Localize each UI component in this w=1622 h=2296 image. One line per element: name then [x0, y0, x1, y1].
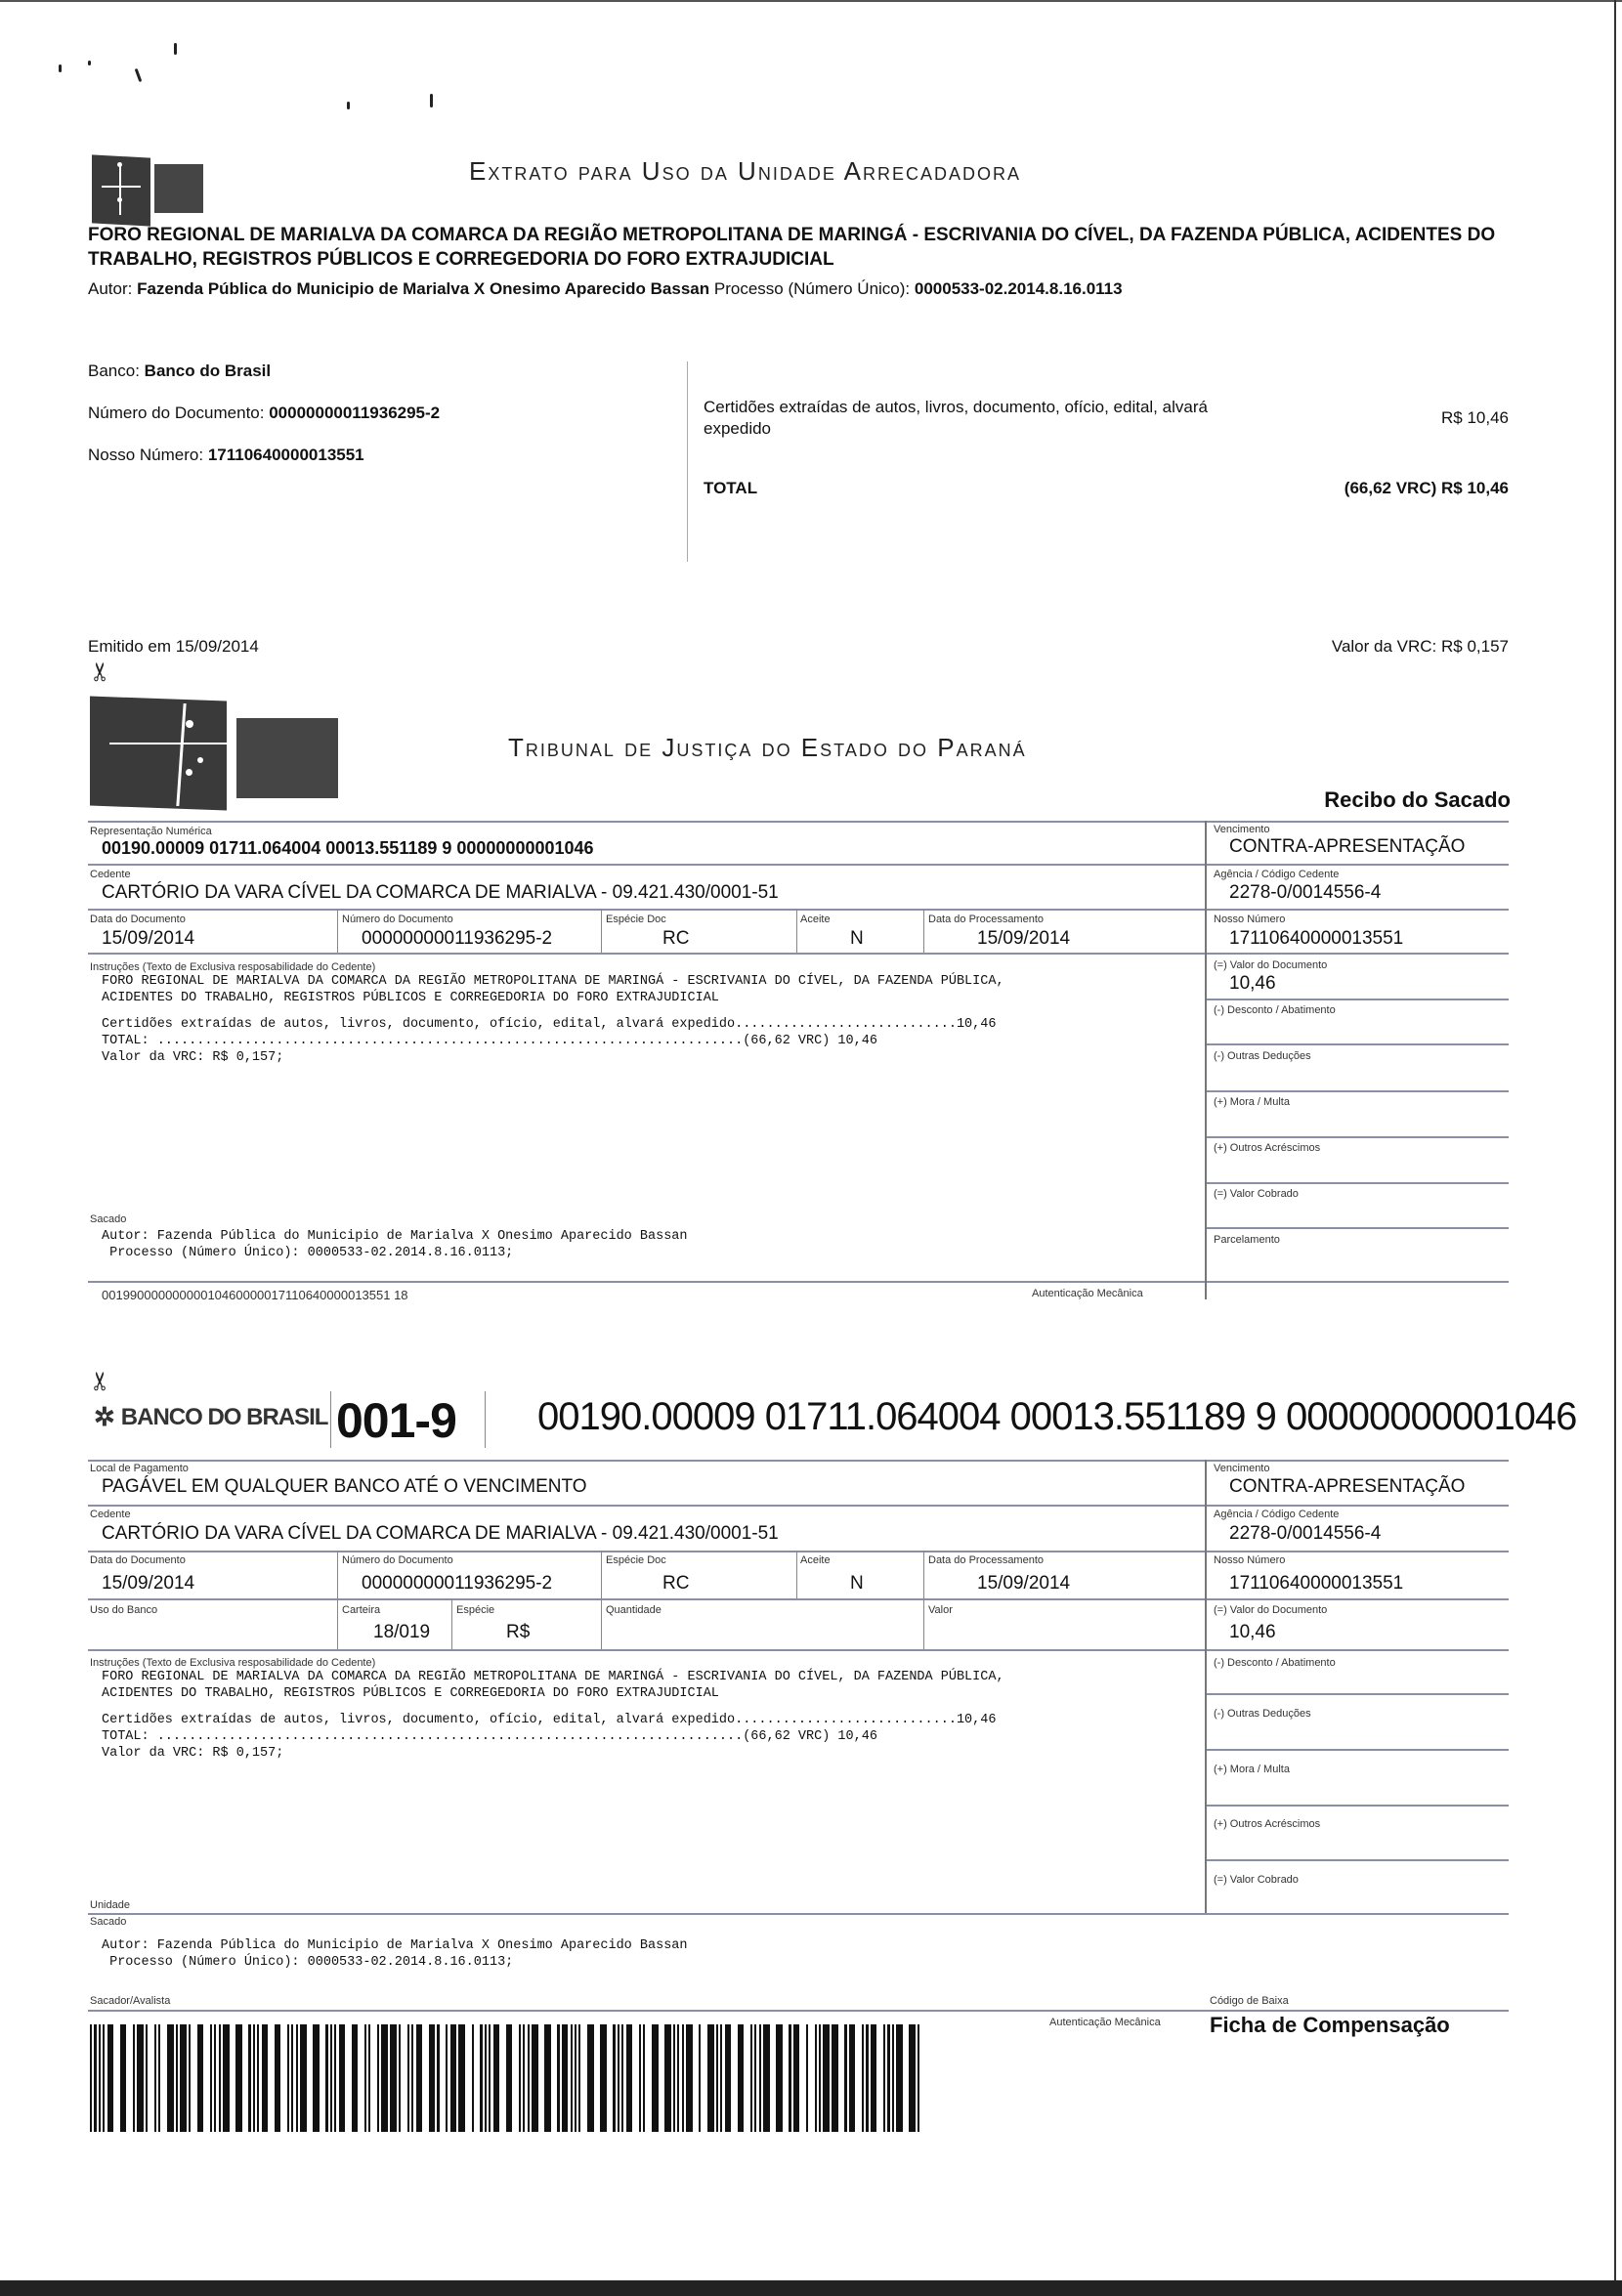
grid-vline: [923, 909, 924, 953]
scan-speck: [174, 43, 177, 55]
bank-logo-icon: ✲: [94, 1402, 115, 1432]
grid-line: [1206, 1859, 1509, 1861]
nosso-numero-field: Nosso Número: 17110640000013551: [88, 446, 364, 465]
grid-vline: [1205, 821, 1207, 1299]
vencimento-value: CONTRA-APRESENTAÇÃO: [1229, 836, 1465, 858]
grid-line: [1206, 1136, 1509, 1138]
rep-numerica-label: Representação Numérica: [90, 826, 212, 837]
scan-speck: [347, 102, 350, 109]
tribunal-title: Tribunal de Justiça do Estado do Paraná: [508, 733, 1027, 763]
sacado-line: Autor: Fazenda Pública do Municipio de M…: [102, 1228, 688, 1245]
data-processamento-label: Data do Processamento: [928, 914, 1044, 925]
instrucoes-line: FORO REGIONAL DE MARIALVA DA COMARCA DA …: [102, 973, 1004, 990]
data-documento-value: 15/09/2014: [102, 1573, 194, 1594]
instrucoes-line: Certidões extraídas de autos, livros, do…: [102, 1016, 996, 1033]
banco-label: Banco:: [88, 361, 140, 380]
autor-label: Autor:: [88, 279, 132, 298]
valor-label: Valor: [928, 1604, 953, 1616]
mora-multa-label: (+) Mora / Multa: [1214, 1764, 1290, 1775]
sacado-line: Processo (Número Único): 0000533-02.2014…: [102, 1245, 513, 1261]
item-description: Certidões extraídas de autos, livros, do…: [704, 397, 1309, 440]
cedente-label: Cedente: [90, 869, 131, 880]
processo-label: Processo (Número Único):: [714, 279, 910, 298]
grid-line: [88, 821, 1509, 823]
total-label: TOTAL: [704, 479, 757, 498]
item-desc-line1: Certidões extraídas de autos, livros, do…: [704, 397, 1309, 418]
sacador-avalista-label: Sacador/Avalista: [90, 1995, 170, 2007]
valor-documento-label: (=) Valor do Documento: [1214, 1604, 1327, 1616]
item-desc-line2: expedido: [704, 418, 1309, 440]
grid-line: [88, 1913, 1509, 1915]
nosso-numero-label: Nosso Número: [1214, 914, 1285, 925]
valor-cobrado-label: (=) Valor Cobrado: [1214, 1874, 1299, 1886]
bank-name: BANCO DO BRASIL: [121, 1404, 328, 1431]
grid-vline: [337, 1551, 338, 1649]
foro-heading-line2: TRABALHO, REGISTROS PÚBLICOS E CORREGEDO…: [88, 247, 1534, 272]
instrucoes-label: Instruções (Texto de Exclusiva resposabi…: [90, 1657, 375, 1669]
grid-vline: [485, 1391, 486, 1448]
instrucoes-line: ACIDENTES DO TRABALHO, REGISTROS PÚBLICO…: [102, 990, 719, 1006]
data-processamento-value: 15/09/2014: [977, 1573, 1070, 1594]
vencimento-value: CONTRA-APRESENTAÇÃO: [1229, 1476, 1465, 1498]
quantidade-label: Quantidade: [606, 1604, 662, 1616]
grid-line: [88, 2010, 1509, 2012]
instrucoes-line: Valor da VRC: R$ 0,157;: [102, 1049, 283, 1066]
foro-heading: FORO REGIONAL DE MARIALVA DA COMARCA DA …: [88, 223, 1534, 272]
grid-line: [88, 864, 1509, 866]
grid-vline: [796, 1551, 797, 1598]
outras-deducoes-label: (-) Outras Deduções: [1214, 1050, 1311, 1062]
rep-numerica-value: 00190.00009 01711.064004 00013.551189 9 …: [102, 838, 594, 859]
valor-vrc: Valor da VRC: R$ 0,157: [1332, 637, 1509, 657]
bank-code: 001-9: [336, 1392, 456, 1449]
agencia-value: 2278-0/0014556-4: [1229, 882, 1381, 904]
item-value: R$ 10,46: [1441, 408, 1509, 428]
sacado-label: Sacado: [90, 1916, 126, 1928]
extrato-divider: [687, 361, 688, 562]
barcode: [90, 2024, 922, 2132]
autor-value: Fazenda Pública do Municipio de Marialva…: [137, 279, 709, 298]
grid-vline: [601, 909, 602, 953]
especie-doc-value: RC: [662, 928, 689, 950]
local-pagamento-value: PAGÁVEL EM QUALQUER BANCO ATÉ O VENCIMEN…: [102, 1476, 587, 1498]
total-value: (66,62 VRC) R$ 10,46: [1345, 479, 1509, 498]
carteira-value: 18/019: [373, 1622, 430, 1643]
vencimento-label: Vencimento: [1214, 824, 1269, 835]
cedente-value: CARTÓRIO DA VARA CÍVEL DA COMARCA DE MAR…: [102, 882, 779, 904]
grid-vline: [1205, 1460, 1207, 1913]
scan-speck: [88, 61, 91, 65]
grid-vline: [330, 1391, 331, 1448]
grid-vline: [337, 909, 338, 953]
codigo-barras-numerico: 0019900000000001046000001711064000001355…: [102, 1288, 408, 1302]
vencimento-label: Vencimento: [1214, 1463, 1269, 1474]
bank-logo: ✲ BANCO DO BRASIL: [94, 1402, 327, 1432]
page-edge: [0, 0, 1622, 2]
grid-line: [88, 953, 1509, 955]
sacado-line: Processo (Número Único): 0000533-02.2014…: [102, 1954, 513, 1971]
numero-documento-value: 00000000011936295-2: [269, 404, 440, 422]
grid-line: [88, 909, 1509, 911]
data-documento-label: Data do Documento: [90, 914, 186, 925]
scan-speck: [430, 94, 433, 107]
grid-line: [1206, 999, 1509, 1000]
scissors-icon: ✂: [85, 661, 115, 683]
banco-value: Banco do Brasil: [145, 361, 271, 380]
agencia-label: Agência / Código Cedente: [1214, 1509, 1339, 1520]
grid-line: [88, 1505, 1509, 1507]
aceite-label: Aceite: [800, 1554, 831, 1566]
agencia-label: Agência / Código Cedente: [1214, 869, 1339, 880]
data-documento-value: 15/09/2014: [102, 928, 194, 950]
sacado-line: Autor: Fazenda Pública do Municipio de M…: [102, 1937, 688, 1954]
especie-value: R$: [506, 1622, 530, 1643]
grid-line: [88, 1551, 1509, 1552]
nosso-numero-label: Nosso Número: [1214, 1554, 1285, 1566]
numero-documento-label: Número do Documento: [342, 1554, 453, 1566]
grid-line: [1206, 1043, 1509, 1045]
grid-line: [1206, 1749, 1509, 1751]
scan-speck: [135, 68, 143, 82]
instrucoes-line: TOTAL: .................................…: [102, 1033, 877, 1049]
tjpr-logo-large: [90, 699, 344, 811]
grid-line: [88, 1649, 1509, 1651]
autenticacao-label: Autenticação Mecânica: [1032, 1288, 1143, 1299]
nosso-numero-value: 17110640000013551: [208, 446, 364, 464]
aceite-label: Aceite: [800, 914, 831, 925]
extrato-title: Extrato para Uso da Unidade Arrecadadora: [469, 156, 1021, 187]
numero-documento-field: Número do Documento: 00000000011936295-2: [88, 404, 440, 423]
sacado-label: Sacado: [90, 1213, 126, 1225]
page-edge: [1614, 0, 1616, 2296]
scissors-icon: ✂: [85, 1371, 115, 1392]
numero-documento-label: Número do Documento: [342, 914, 453, 925]
especie-doc-label: Espécie Doc: [606, 1554, 666, 1566]
mora-multa-label: (+) Mora / Multa: [1214, 1096, 1290, 1108]
grid-line: [88, 1460, 1509, 1462]
outros-acrescimos-label: (+) Outros Acréscimos: [1214, 1818, 1320, 1830]
carteira-label: Carteira: [342, 1604, 380, 1616]
banco-field: Banco: Banco do Brasil: [88, 361, 271, 381]
nosso-numero-value: 17110640000013551: [1229, 928, 1403, 950]
instrucoes-line: ACIDENTES DO TRABALHO, REGISTROS PÚBLICO…: [102, 1685, 719, 1702]
cedente-label: Cedente: [90, 1509, 131, 1520]
grid-vline: [451, 1598, 452, 1649]
autenticacao-label: Autenticação Mecânica: [1049, 2017, 1161, 2028]
instrucoes-line: Valor da VRC: R$ 0,157;: [102, 1745, 283, 1762]
data-processamento-label: Data do Processamento: [928, 1554, 1044, 1566]
grid-line: [88, 1281, 1509, 1283]
page-edge: [0, 2280, 1622, 2296]
valor-documento-value: 10,46: [1229, 1622, 1276, 1643]
outras-deducoes-label: (-) Outras Deduções: [1214, 1708, 1311, 1720]
linha-digitavel: 00190.00009 01711.064004 00013.551189 9 …: [537, 1395, 1576, 1439]
desconto-label: (-) Desconto / Abatimento: [1214, 1657, 1336, 1669]
numero-documento-value: 00000000011936295-2: [362, 928, 552, 950]
especie-doc-value: RC: [662, 1573, 689, 1594]
data-documento-label: Data do Documento: [90, 1554, 186, 1566]
processo-value: 0000533-02.2014.8.16.0113: [915, 279, 1123, 298]
cedente-value: CARTÓRIO DA VARA CÍVEL DA COMARCA DE MAR…: [102, 1523, 779, 1545]
aceite-value: N: [850, 1573, 864, 1594]
parcelamento-label: Parcelamento: [1214, 1234, 1280, 1246]
valor-documento-label: (=) Valor do Documento: [1214, 959, 1327, 971]
instrucoes-line: FORO REGIONAL DE MARIALVA DA COMARCA DA …: [102, 1669, 1004, 1685]
desconto-label: (-) Desconto / Abatimento: [1214, 1004, 1336, 1016]
outros-acrescimos-label: (+) Outros Acréscimos: [1214, 1142, 1320, 1154]
aceite-value: N: [850, 928, 864, 950]
local-pagamento-label: Local de Pagamento: [90, 1463, 189, 1474]
especie-label: Espécie: [456, 1604, 494, 1616]
nosso-numero-label: Nosso Número:: [88, 446, 203, 464]
grid-line: [1206, 1805, 1509, 1807]
especie-doc-label: Espécie Doc: [606, 914, 666, 925]
numero-documento-value: 00000000011936295-2: [362, 1573, 552, 1594]
ficha-compensacao-title: Ficha de Compensação: [1210, 2013, 1450, 2038]
valor-cobrado-label: (=) Valor Cobrado: [1214, 1188, 1299, 1200]
valor-documento-value: 10,46: [1229, 973, 1276, 995]
tjpr-logo: [92, 156, 209, 225]
grid-vline: [923, 1551, 924, 1649]
data-processamento-value: 15/09/2014: [977, 928, 1070, 950]
instrucoes-label: Instruções (Texto de Exclusiva resposabi…: [90, 961, 375, 973]
grid-line: [1206, 1227, 1509, 1229]
numero-documento-label: Número do Documento:: [88, 404, 264, 422]
grid-vline: [796, 909, 797, 953]
grid-vline: [601, 1551, 602, 1649]
foro-heading-line1: FORO REGIONAL DE MARIALVA DA COMARCA DA …: [88, 223, 1534, 247]
agencia-value: 2278-0/0014556-4: [1229, 1523, 1381, 1545]
grid-line: [1206, 1090, 1509, 1092]
codigo-baixa-label: Código de Baixa: [1210, 1995, 1289, 2007]
instrucoes-line: TOTAL: .................................…: [102, 1728, 877, 1745]
grid-line: [88, 1598, 1509, 1600]
emitido-date: Emitido em 15/09/2014: [88, 637, 259, 657]
recibo-title: Recibo do Sacado: [1324, 787, 1511, 813]
instrucoes-line: Certidões extraídas de autos, livros, do…: [102, 1712, 996, 1728]
uso-banco-label: Uso do Banco: [90, 1604, 157, 1616]
grid-line: [1206, 1693, 1509, 1695]
nosso-numero-value: 17110640000013551: [1229, 1573, 1403, 1594]
scan-speck: [59, 64, 62, 72]
grid-line: [1206, 1182, 1509, 1184]
unidade-label: Unidade: [90, 1899, 130, 1911]
autor-line: Autor: Fazenda Pública do Municipio de M…: [88, 279, 1123, 299]
